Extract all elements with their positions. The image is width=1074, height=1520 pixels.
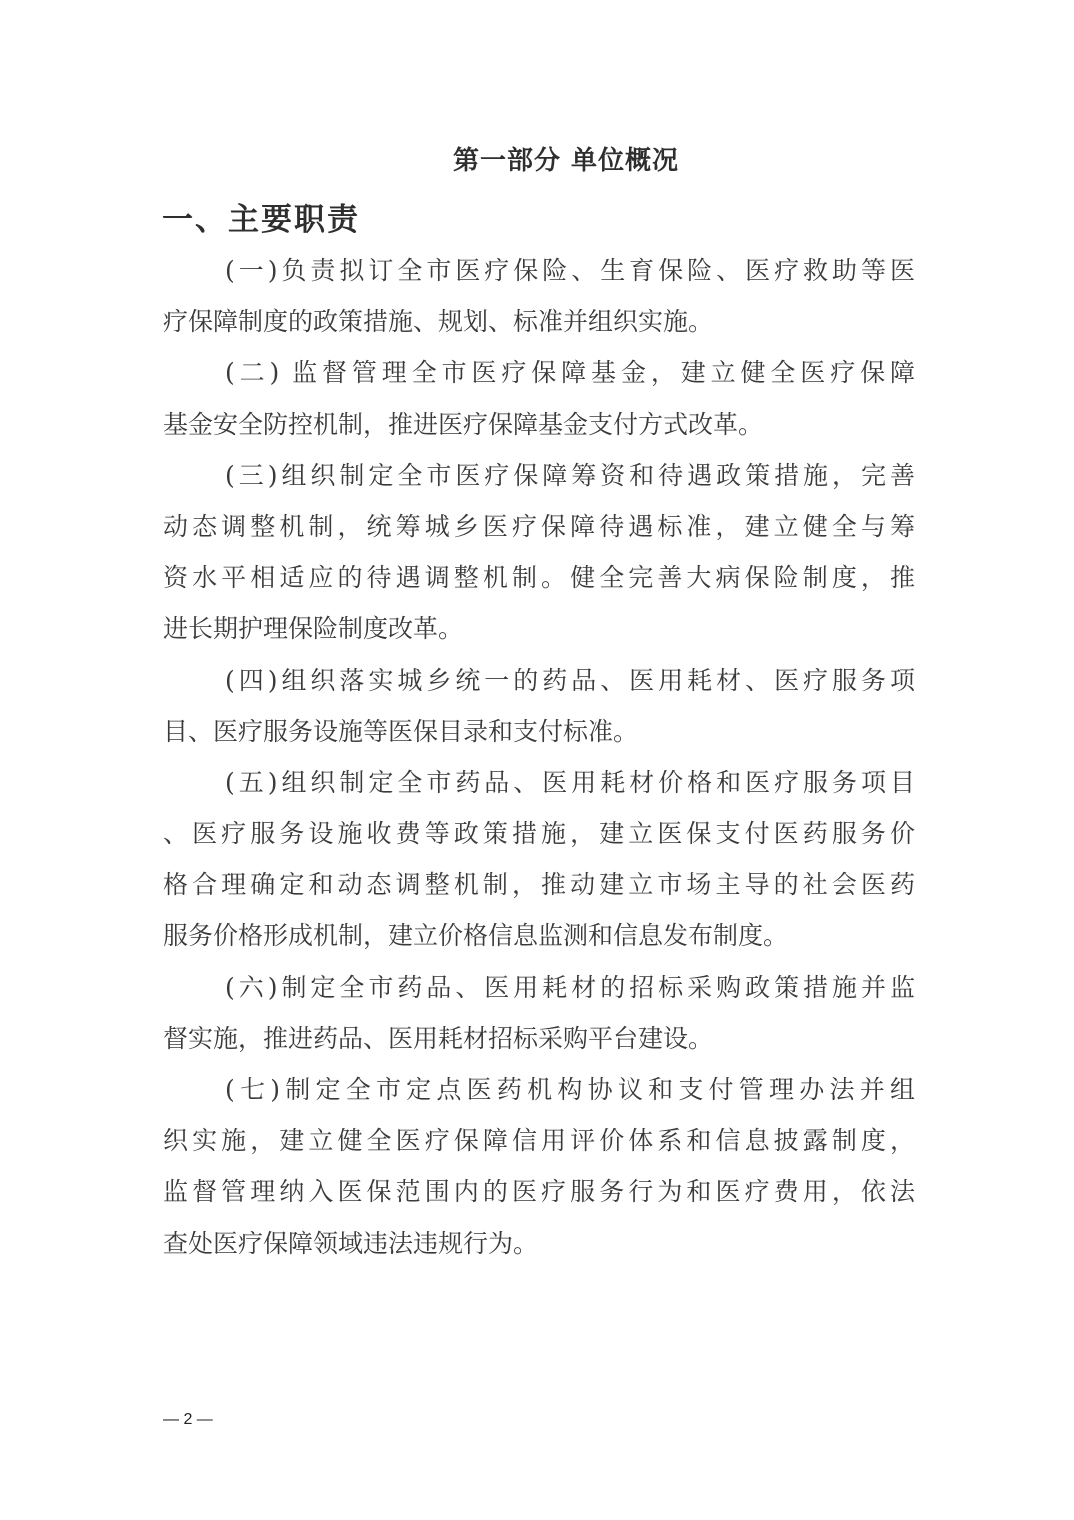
paragraph-duty-3: (三)组织制定全市医疗保障筹资和待遇政策措施，完善 动态调整机制，统筹城乡医疗保… — [163, 450, 915, 655]
paragraph-line: 动态调整机制，统筹城乡医疗保障待遇标准，建立健全与筹 — [163, 501, 915, 552]
paragraph-line: (四)组织落实城乡统一的药品、医用耗材、医疗服务项 — [163, 655, 915, 706]
paragraph-line: (六)制定全市药品、医用耗材的招标采购政策措施并监 — [163, 962, 915, 1013]
page-number: — 2 — — [163, 1410, 213, 1430]
paragraph-line: 进长期护理保险制度改革。 — [163, 603, 915, 654]
part-title: 第一部分 单位概况 — [0, 143, 1074, 179]
paragraph-duty-2: (二) 监督管理全市医疗保障基金，建立健全医疗保障 基金安全防控机制，推进医疗保… — [163, 347, 915, 449]
paragraph-line: 监督管理纳入医保范围内的医疗服务行为和医疗费用，依法 — [163, 1166, 915, 1217]
paragraph-line: (二) 监督管理全市医疗保障基金，建立健全医疗保障 — [163, 347, 915, 398]
document-page: 第一部分 单位概况 一、主要职责 (一)负责拟订全市医疗保险、生育保险、医疗救助… — [0, 0, 1074, 1520]
paragraph-line: 基金安全防控机制，推进医疗保障基金支付方式改革。 — [163, 399, 915, 450]
paragraph-line: 目、医疗服务设施等医保目录和支付标准。 — [163, 706, 915, 757]
section-heading: 一、主要职责 — [162, 198, 360, 242]
paragraph-line: (七)制定全市定点医药机构协议和支付管理办法并组 — [163, 1064, 915, 1115]
paragraph-line: 格合理确定和动态调整机制，推动建立市场主导的社会医药 — [163, 859, 915, 910]
paragraph-line: 查处医疗保障领域违法违规行为。 — [163, 1218, 915, 1269]
paragraph-duty-5: (五)组织制定全市药品、医用耗材价格和医疗服务项目 、医疗服务设施收费等政策措施… — [163, 757, 915, 962]
paragraph-duty-7: (七)制定全市定点医药机构协议和支付管理办法并组 织实施，建立健全医疗保障信用评… — [163, 1064, 915, 1269]
paragraph-duty-6: (六)制定全市药品、医用耗材的招标采购政策措施并监 督实施，推进药品、医用耗材招… — [163, 962, 915, 1064]
paragraph-line: 服务价格形成机制，建立价格信息监测和信息发布制度。 — [163, 910, 915, 961]
paragraph-line: (一)负责拟订全市医疗保险、生育保险、医疗救助等医 — [163, 245, 915, 296]
paragraph-line: 疗保障制度的政策措施、规划、标准并组织实施。 — [163, 296, 915, 347]
paragraph-line: 督实施，推进药品、医用耗材招标采购平台建设。 — [163, 1013, 915, 1064]
paragraph-line: 资水平相适应的待遇调整机制。健全完善大病保险制度，推 — [163, 552, 915, 603]
paragraph-duty-4: (四)组织落实城乡统一的药品、医用耗材、医疗服务项 目、医疗服务设施等医保目录和… — [163, 655, 915, 757]
paragraph-line: 织实施，建立健全医疗保障信用评价体系和信息披露制度， — [163, 1115, 915, 1166]
paragraph-line: 、医疗服务设施收费等政策措施，建立医保支付医药服务价 — [163, 808, 915, 859]
paragraph-duty-1: (一)负责拟订全市医疗保险、生育保险、医疗救助等医 疗保障制度的政策措施、规划、… — [163, 245, 915, 347]
paragraph-line: (五)组织制定全市药品、医用耗材价格和医疗服务项目 — [163, 757, 915, 808]
paragraph-line: (三)组织制定全市医疗保障筹资和待遇政策措施，完善 — [163, 450, 915, 501]
body-text: (一)负责拟订全市医疗保险、生育保险、医疗救助等医 疗保障制度的政策措施、规划、… — [163, 245, 915, 1269]
